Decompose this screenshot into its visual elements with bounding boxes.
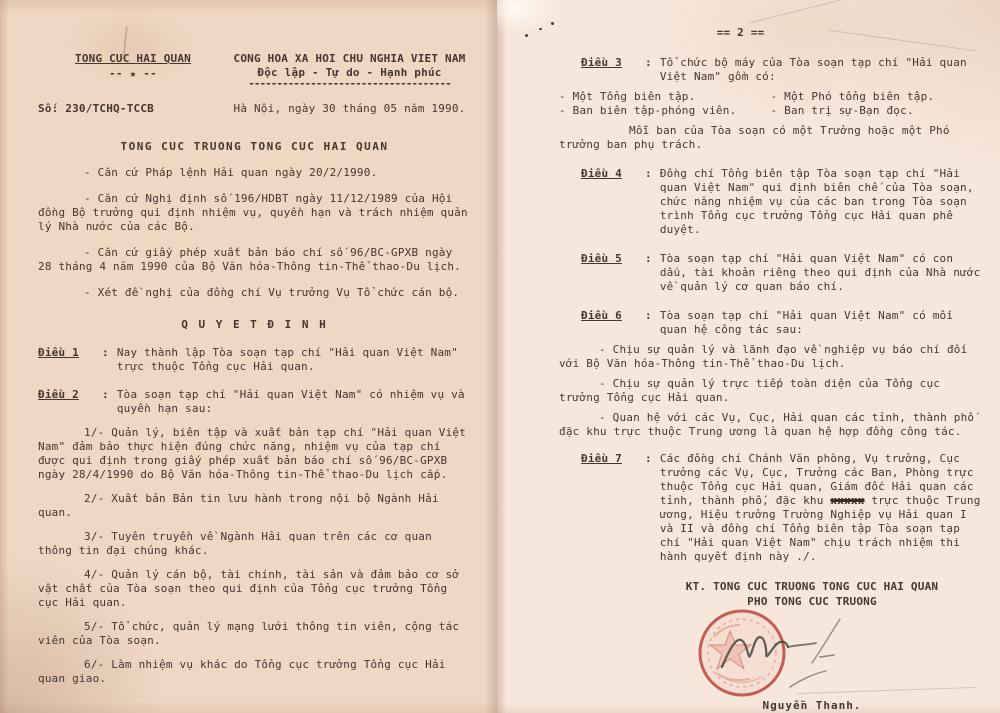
- article-4: Điều 4 : Đồng chí Tổng biên tập Tòa soạn…: [581, 167, 982, 237]
- article-3-note: Mỗi ban của Tòa soạn có một Trưởng hoặc …: [559, 124, 982, 152]
- republic-block: CONG HOA XA HOI CHU NGHIA VIET NAM Độc l…: [228, 52, 471, 88]
- article-3-colon: :: [645, 56, 652, 84]
- article-6: Điều 6 : Tòa soạn tạp chí "Hải quan Việt…: [581, 309, 982, 337]
- paper-speck: [539, 28, 542, 30]
- paper-speck: [551, 22, 554, 25]
- national-motto: Độc lập - Tự do - Hạnh phúc: [228, 66, 471, 80]
- place-and-date: Hà Nội, ngày 30 tháng 05 năm 1990.: [228, 102, 471, 116]
- paper-crease: [749, 0, 866, 24]
- signing-authority-line1: KT. TONG CUC TRUONG TONG CUC HAI QUAN: [642, 580, 982, 594]
- org-unit: - Một Phó tổng biên tập.: [771, 90, 983, 104]
- struck-word: xxxxx: [830, 494, 864, 507]
- article-3-label: Điều 3: [581, 56, 643, 84]
- article-7: Điều 7 : Các đồng chí Chánh Văn phòng, V…: [581, 452, 982, 564]
- org-unit: - Ban biên tập-phóng viên.: [559, 104, 771, 118]
- article-5-text: Tòa soạn tạp chí "Hải quan Việt Nam" có …: [660, 252, 982, 294]
- star-separator: -- ★ --: [38, 67, 228, 81]
- article-2: Điều 2 : Tòa soạn tạp chí "Hải quan Việt…: [38, 388, 471, 416]
- document-page-1: TONG CUC HAI QUAN -- ★ -- CONG HOA XA HO…: [0, 0, 497, 713]
- document-page-2: == 2 == Điều 3 : Tổ chức bộ máy của Tòa …: [497, 0, 1000, 713]
- stamp-zone: [642, 609, 982, 697]
- article-6-bullet-1: - Chịu sự quản lý và lãnh đạo về nghiệp …: [559, 343, 982, 371]
- article-3-column-right: - Một Phó tổng biên tập. - Ban trị sự-Bạ…: [771, 90, 983, 118]
- document-number: Số: 230/TCHQ-TCCB: [38, 102, 228, 116]
- preamble-1: - Căn cứ Pháp lệnh Hải quan ngày 20/2/19…: [38, 166, 471, 180]
- article-1: Điều 1 : Nay thành lập Tòa soạn tạp chí …: [38, 346, 471, 374]
- article-3: Điều 3 : Tổ chức bộ máy của Tòa soạn tạp…: [581, 56, 982, 84]
- preamble-3: - Căn cứ giấy phép xuất bản báo chí số 9…: [38, 246, 471, 274]
- article-2-item-5: 5/- Tổ chức, quản lý mạng lưới thông tin…: [38, 620, 471, 648]
- org-unit: - Ban trị sự-Bạn đọc.: [771, 104, 983, 118]
- scanned-document: TONG CUC HAI QUAN -- ★ -- CONG HOA XA HO…: [0, 0, 1000, 713]
- decision-title: Q U Y E T Đ I N H: [38, 318, 471, 332]
- article-7-colon: :: [645, 452, 652, 564]
- article-1-colon: :: [102, 346, 109, 374]
- article-2-item-2: 2/- Xuất bản Bản tin lưu hành trong nội …: [38, 492, 471, 520]
- article-2-item-3: 3/- Tuyên truyền về Ngành Hải quan trên …: [38, 530, 471, 558]
- article-4-label: Điều 4: [581, 167, 643, 237]
- article-2-text: Tòa soạn tạp chí "Hải quan Việt Nam" có …: [117, 388, 471, 416]
- paper-speck: [525, 34, 528, 37]
- issuer-heading: TONG CUC TRUONG TONG CUC HAI QUAN: [38, 140, 471, 154]
- republic-title: CONG HOA XA HOI CHU NGHIA VIET NAM: [228, 52, 471, 66]
- article-5: Điều 5 : Tòa soạn tạp chí "Hải quan Việt…: [581, 252, 982, 294]
- article-6-label: Điều 6: [581, 309, 643, 337]
- dashed-rule: ------------------------------------: [228, 80, 471, 88]
- article-3-columns: - Một Tổng biên tập. - Ban biên tập-phón…: [559, 90, 982, 118]
- red-stamp-icon: [700, 611, 784, 695]
- article-7-label: Điều 7: [581, 452, 643, 564]
- page1-header: TONG CUC HAI QUAN -- ★ -- CONG HOA XA HO…: [38, 52, 471, 88]
- official-stamp-and-signature: [670, 601, 920, 711]
- article-2-label: Điều 2: [38, 388, 100, 416]
- article-5-colon: :: [645, 252, 652, 294]
- article-2-item-4: 4/- Quản lý cán bộ, tài chính, tài sản v…: [38, 568, 471, 610]
- article-6-bullet-2: - Chịu sự quản lý trực tiếp toàn diện củ…: [559, 377, 982, 405]
- preamble-2: - Căn cứ Nghị định số 196/HDBT ngày 11/1…: [38, 192, 471, 234]
- article-4-colon: :: [645, 167, 652, 237]
- article-4-text: Đồng chí Tổng biên tập Tòa soạn tạp chí …: [660, 167, 982, 237]
- org-name: TONG CUC HAI QUAN: [38, 52, 228, 66]
- article-5-label: Điều 5: [581, 252, 643, 294]
- page-number-marker: == 2 ==: [559, 26, 922, 40]
- article-1-label: Điều 1: [38, 346, 100, 374]
- org-unit: - Một Tổng biên tập.: [559, 90, 771, 104]
- article-1-text: Nay thành lập Tòa soạn tạp chí "Hải quan…: [117, 346, 471, 374]
- article-2-colon: :: [102, 388, 109, 416]
- number-date-row: Số: 230/TCHQ-TCCB Hà Nội, ngày 30 tháng …: [38, 102, 471, 116]
- article-2-item-6: 6/- Làm nhiệm vụ khác do Tổng cục trưởng…: [38, 658, 471, 686]
- article-6-colon: :: [645, 309, 652, 337]
- article-3-text: Tổ chức bộ máy của Tòa soạn tạp chí "Hải…: [660, 56, 982, 84]
- article-2-item-1: 1/- Quản lý, biên tập và xuất bản tạp ch…: [38, 426, 471, 482]
- preamble-4: - Xét đề nghị của đồng chí Vụ trưởng Vụ …: [38, 286, 471, 300]
- org-block: TONG CUC HAI QUAN -- ★ --: [38, 52, 228, 88]
- article-6-bullet-3: - Quan hệ với các Vụ, Cục, Hải quan các …: [559, 411, 982, 439]
- article-3-column-left: - Một Tổng biên tập. - Ban biên tập-phón…: [559, 90, 771, 118]
- signature-block: KT. TONG CUC TRUONG TONG CUC HAI QUAN PH…: [642, 580, 982, 713]
- article-7-text: Các đồng chí Chánh Văn phòng, Vụ trưởng,…: [660, 452, 982, 564]
- article-6-text: Tòa soạn tạp chí "Hải quan Việt Nam" có …: [660, 309, 982, 337]
